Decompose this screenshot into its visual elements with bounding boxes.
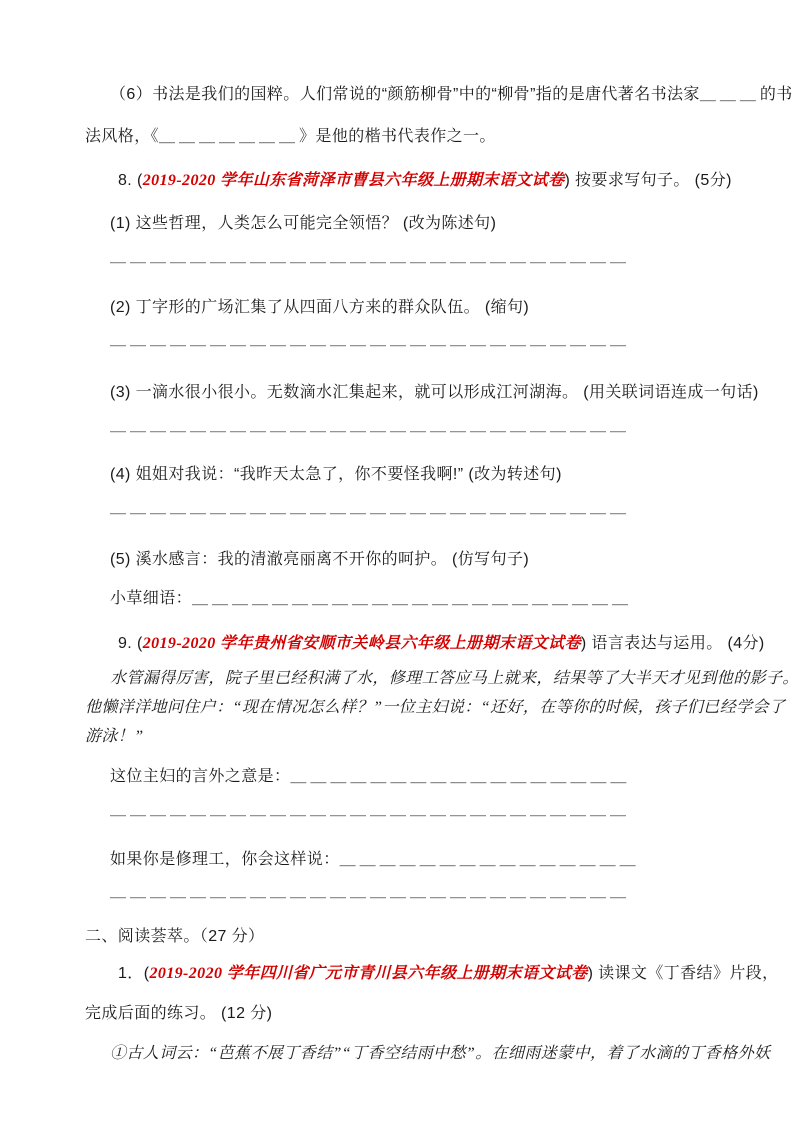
sub-question-4: (4) 姐姐对我说：“我昨天太急了，你不要怪我啊!” (改为转述句): [110, 464, 562, 486]
answer-line: ＿＿＿＿＿＿＿＿＿＿＿＿＿＿＿＿＿＿＿＿＿＿＿＿＿＿: [110, 246, 630, 268]
answer-blank-line: ＿＿＿＿＿＿＿＿＿＿＿＿＿＿＿＿＿＿＿＿＿＿＿＿＿＿: [110, 417, 630, 434]
answer-blank: ＿＿＿＿＿＿＿＿＿＿＿＿＿＿＿＿＿: [290, 768, 630, 785]
answer-prompt-line: 小草细语：＿＿＿＿＿＿＿＿＿＿＿＿＿＿＿＿＿＿＿＿＿＿: [110, 588, 632, 610]
question-text: 的书: [760, 86, 793, 103]
answer-line: ＿＿＿＿＿＿＿＿＿＿＿＿＿＿＿＿＿＿＿＿＿＿＿＿＿＿: [110, 415, 630, 437]
sub-question-3: (3) 一滴水很小很小。无数滴水汇集起来，就可以形成江河湖海。 (用关联词语连成…: [110, 382, 759, 404]
question-text: (3) 一滴水很小很小。无数滴水汇集起来，就可以形成江河湖海。 (用关联词语连成…: [110, 384, 759, 401]
question-number: 8. (: [118, 172, 143, 189]
question-text: (4) 姐姐对我说：“我昨天太急了，你不要怪我啊!” (改为转述句): [110, 466, 562, 483]
answer-blank: ＿＿＿＿＿＿＿＿＿＿＿＿＿＿＿＿＿＿＿＿＿＿: [192, 590, 632, 607]
answer-line: ＿＿＿＿＿＿＿＿＿＿＿＿＿＿＿＿＿＿＿＿＿＿＿＿＿＿: [110, 881, 630, 903]
question-text-line: 完成后面的练习。 (12 分): [85, 1003, 272, 1025]
sub-question-2: (2) 丁字形的广场汇集了从四面八方来的群众队伍。 (缩句): [110, 297, 529, 319]
answer-prompt-line: 这位主妇的言外之意是：＿＿＿＿＿＿＿＿＿＿＿＿＿＿＿＿＿: [110, 766, 630, 788]
question-9-header: 9. (2019-2020 学年贵州省安顺市关岭县六年级上册期末语文试卷) 语言…: [118, 633, 765, 655]
sub-question-5: (5) 溪水感言：我的清澈亮丽离不开你的呵护。 (仿写句子): [110, 549, 529, 571]
passage-text: 游泳！”: [85, 728, 144, 745]
passage-line: ①古人词云：“芭蕉不展丁香结”“丁香空结雨中愁”。在细雨迷蒙中，着了水滴的丁香格…: [110, 1043, 770, 1065]
prompt-text: 这位主妇的言外之意是：: [110, 768, 290, 785]
question-text: 》是他的楷书代表作之一。: [299, 128, 496, 145]
answer-line: ＿＿＿＿＿＿＿＿＿＿＿＿＿＿＿＿＿＿＿＿＿＿＿＿＿＿: [110, 329, 630, 351]
answer-blank-line: ＿＿＿＿＿＿＿＿＿＿＿＿＿＿＿＿＿＿＿＿＿＿＿＿＿＿: [110, 883, 630, 900]
question-text: (2) 丁字形的广场汇集了从四面八方来的群众队伍。 (缩句): [110, 299, 529, 316]
fill-blank-question-line: （6）书法是我们的国粹。人们常说的“颜筋柳骨”中的“柳骨”指的是唐代著名书法家＿…: [110, 84, 793, 106]
passage-text: ①古人词云：“芭蕉不展丁香结”“丁香空结雨中愁”。在细雨迷蒙中，着了水滴的丁香格…: [110, 1045, 770, 1062]
question-number: 9. (: [118, 635, 143, 652]
passage-line: 他懒洋洋地问住户：“现在情况怎么样？”一位主妇说：“还好，在等你的时候，孩子们已…: [85, 697, 785, 719]
answer-line: ＿＿＿＿＿＿＿＿＿＿＿＿＿＿＿＿＿＿＿＿＿＿＿＿＿＿: [110, 799, 630, 821]
source-citation: 2019-2020 学年贵州省安顺市关岭县六年级上册期末语文试卷: [143, 635, 581, 652]
question-text: (1) 这些哲理，人类怎么可能完全领悟？ (改为陈述句): [110, 215, 496, 232]
prompt-text: 小草细语：: [110, 590, 192, 607]
answer-prompt-line: 如果你是修理工，你会这样说：＿＿＿＿＿＿＿＿＿＿＿＿＿＿＿: [110, 849, 640, 871]
question-text: (5) 溪水感言：我的清澈亮丽离不开你的呵护。 (仿写句子): [110, 551, 529, 568]
exam-paper-page: （6）书法是我们的国粹。人们常说的“颜筋柳骨”中的“柳骨”指的是唐代著名书法家＿…: [0, 0, 793, 1122]
source-citation: 2019-2020 学年四川省广元市青川县六年级上册期末语文试卷: [149, 965, 587, 982]
question-8-header: 8. (2019-2020 学年山东省菏泽市曹县六年级上册期末语文试卷) 按要求…: [118, 170, 732, 192]
answer-blank-line: ＿＿＿＿＿＿＿＿＿＿＿＿＿＿＿＿＿＿＿＿＿＿＿＿＿＿: [110, 248, 630, 265]
reading-question-1-header: 1．(2019-2020 学年四川省广元市青川县六年级上册期末语文试卷) 读课文…: [118, 963, 779, 985]
passage-line: 游泳！”: [85, 726, 144, 748]
section-heading: 二、阅读荟萃。（27 分）: [85, 926, 264, 948]
answer-blank-line: ＿＿＿＿＿＿＿＿＿＿＿＿＿＿＿＿＿＿＿＿＿＿＿＿＿＿: [110, 331, 630, 348]
question-text: ) 读课文《丁香结》片段，: [588, 965, 779, 982]
answer-blank-line: ＿＿＿＿＿＿＿＿＿＿＿＿＿＿＿＿＿＿＿＿＿＿＿＿＿＿: [110, 499, 630, 516]
passage-line: 水管漏得厉害，院子里已经积满了水，修理工答应马上就来，结果等了大半天才见到他的影…: [110, 668, 793, 690]
section-title: 二、阅读荟萃。（27 分）: [85, 928, 264, 945]
prompt-text: 如果你是修理工，你会这样说：: [110, 851, 340, 868]
question-text: 法风格，《: [85, 128, 159, 145]
answer-blank: ＿＿＿＿＿＿＿＿＿＿＿＿＿＿＿: [340, 851, 640, 868]
passage-text: 他懒洋洋地问住户：“现在情况怎么样？”一位主妇说：“还好，在等你的时候，孩子们已…: [85, 699, 785, 716]
answer-blank: ＿＿＿: [700, 86, 760, 103]
answer-blank-line: ＿＿＿＿＿＿＿＿＿＿＿＿＿＿＿＿＿＿＿＿＿＿＿＿＿＿: [110, 801, 630, 818]
answer-blank: ＿＿＿＿＿＿＿: [159, 128, 299, 145]
source-citation: 2019-2020 学年山东省菏泽市曹县六年级上册期末语文试卷: [143, 172, 565, 189]
question-text: （6）书法是我们的国粹。人们常说的“颜筋柳骨”中的“柳骨”指的是唐代著名书法家: [110, 86, 700, 103]
question-text: 完成后面的练习。 (12 分): [85, 1005, 272, 1022]
question-text: ) 按要求写句子。 (5分): [564, 172, 731, 189]
question-text: ) 语言表达与运用。 (4分): [581, 635, 765, 652]
answer-line: ＿＿＿＿＿＿＿＿＿＿＿＿＿＿＿＿＿＿＿＿＿＿＿＿＿＿: [110, 497, 630, 519]
question-number: 1．(: [118, 965, 149, 982]
fill-blank-question-line: 法风格，《＿＿＿＿＿＿＿》是他的楷书代表作之一。: [85, 126, 496, 148]
sub-question-1: (1) 这些哲理，人类怎么可能完全领悟？ (改为陈述句): [110, 213, 496, 235]
passage-text: 水管漏得厉害，院子里已经积满了水，修理工答应马上就来，结果等了大半天才见到他的影…: [110, 670, 793, 687]
